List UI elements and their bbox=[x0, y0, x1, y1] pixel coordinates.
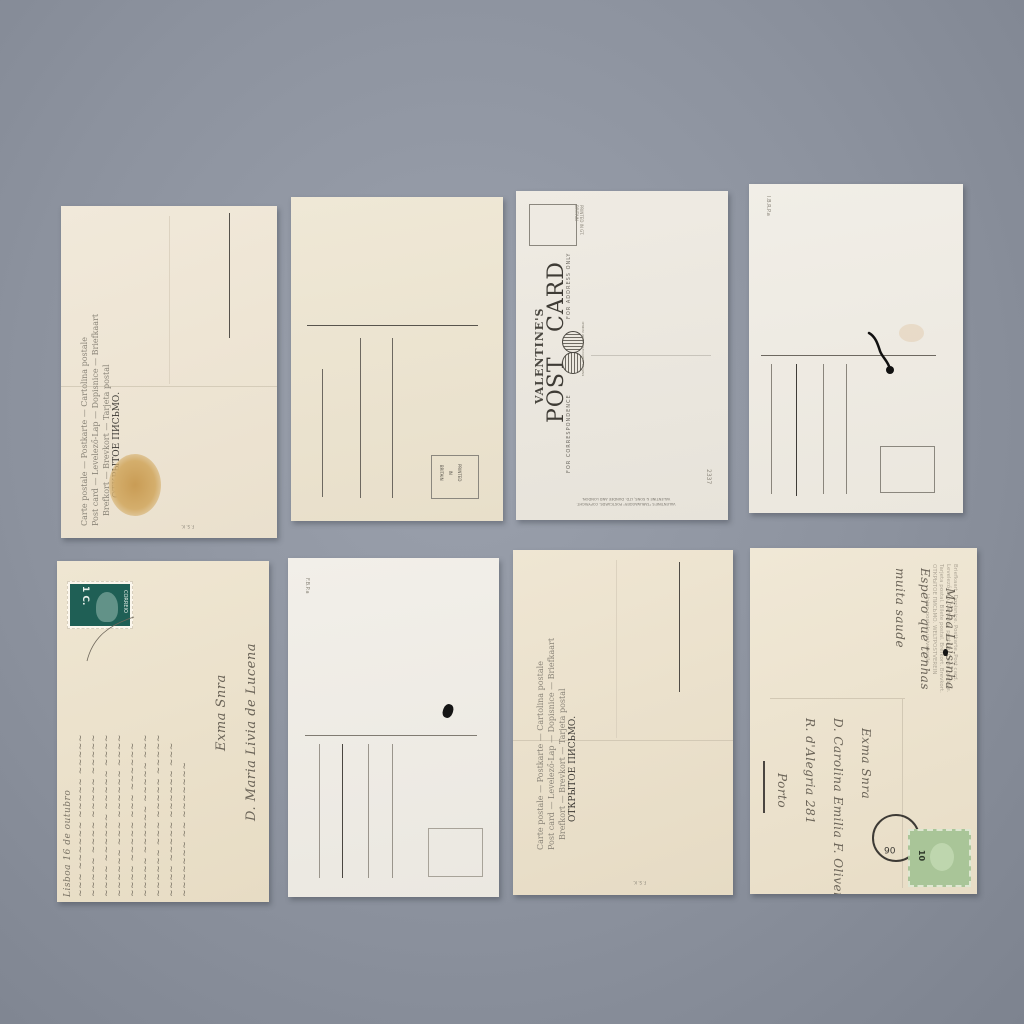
hw-message-scribble: ~~~~~~~ ~~ ~~~~~~~ bbox=[179, 734, 192, 897]
faint-vline bbox=[169, 216, 170, 384]
address-line-3 bbox=[392, 338, 393, 498]
hw-line-5: D. Carolina Emilia F. Oliveira bbox=[824, 568, 852, 894]
header-line-1: Carte postale — Postkarte — Cartolina po… bbox=[535, 638, 546, 850]
hw-line-1: Exma Snra bbox=[207, 634, 237, 881]
postmark-date: 06 bbox=[884, 844, 895, 854]
header-line-2: Post card — Levelező-Lap — Dopisnice — B… bbox=[90, 314, 101, 526]
address-line-2 bbox=[360, 338, 361, 498]
postage-stamp: 10 bbox=[908, 829, 971, 887]
card-number: 2337 bbox=[705, 469, 712, 484]
header-line-4: ОТКРЫТОЕ ПИСЬМО. bbox=[568, 638, 579, 850]
stamp-box bbox=[529, 204, 577, 246]
stamp-value: 1 C. bbox=[80, 586, 90, 605]
postcard-6: F.B.P.a bbox=[288, 558, 499, 897]
handwriting-address: Minha Luisinha Espero que tenhas muita s… bbox=[887, 568, 962, 690]
for-correspondence-label: FOR CORRESPONDENCE bbox=[566, 394, 572, 473]
corner-mark: I.B.R.P.a bbox=[765, 196, 771, 216]
hw-line-1: Minha Luisinha bbox=[937, 568, 962, 690]
hole-mark bbox=[943, 649, 948, 656]
address-line-2 bbox=[342, 744, 343, 878]
hw-message-line-1: Lisboa 16 de outubro bbox=[62, 734, 75, 897]
underline-stroke bbox=[763, 761, 765, 813]
stamp-area-line bbox=[679, 562, 680, 692]
stamp-area-line bbox=[229, 213, 230, 338]
postcard-3: PRINTED IN GT. BRITAIN VALENTINE'S POST … bbox=[516, 191, 728, 520]
wire-hanger-icon bbox=[864, 327, 904, 377]
hw-message-scribble: ~~~~ ~~~~~~ ~~~~~ ~~~~ bbox=[101, 734, 114, 897]
postcard-4: I.B.R.P.a bbox=[749, 184, 963, 513]
corner-mark: F.B.P.a bbox=[304, 578, 310, 594]
stamp-box-text: PRINTED IN BRITAIN bbox=[437, 464, 464, 481]
copyright-line-2: VALENTINE & SONS, LTD. DUNDEE AND LONDON… bbox=[536, 496, 716, 501]
postcard-5: 1 C. CORREIO Exma Snra D. Maria Livia de… bbox=[57, 561, 269, 902]
faint-stain bbox=[899, 324, 924, 342]
globe-caption: FAMOUS THROUGHOUT THE WORLD bbox=[581, 322, 585, 377]
address-line-3 bbox=[823, 364, 824, 494]
hw-message-scribble: ~~~~ ~~~~~ ~~~~~~ ~~~ bbox=[166, 734, 179, 897]
hw-message-scribble: ~~~~~~ ~~~ ~~~~~ ~~~~~ bbox=[153, 734, 166, 897]
hw-line-3: Praça Sertã Sinta bbox=[267, 634, 269, 881]
publisher-mark: F. S. K. bbox=[181, 524, 194, 529]
printed-label: PRINTED bbox=[455, 464, 464, 481]
hw-line-7: Porto bbox=[768, 568, 796, 894]
hw-message-scribble: ~~~~~ ~~~~ ~~~~~ ~~~~~ bbox=[88, 734, 101, 897]
hw-message-scribble: ~~~~~~ ~~~ ~~~~~~ ~~~~ bbox=[114, 734, 127, 897]
for-address-label: FOR ADDRESS ONLY bbox=[566, 253, 572, 319]
multilingual-header: Carte postale — Postkarte — Cartolina po… bbox=[535, 638, 579, 850]
hw-message-scribble: ~~~ ~~~~~~ ~~~~~ ~~~~~ bbox=[75, 734, 88, 897]
copyright-footer: VALENTINE'S "TARLWAGGER" POSTCARDS. COPY… bbox=[536, 496, 716, 506]
handwriting-recipient: Exma Snra D. Maria Livia de Lucena Praça… bbox=[207, 634, 269, 881]
address-line-4 bbox=[392, 744, 393, 878]
postcard-1: Carte postale — Postkarte — Cartolina po… bbox=[61, 206, 277, 538]
handwriting-message: Lisboa 16 de outubro ~~~ ~~~~~~ ~~~~~ ~~… bbox=[62, 734, 192, 897]
address-line-3 bbox=[368, 744, 369, 878]
address-line-1 bbox=[322, 369, 323, 497]
header-line-1: Carte postale — Postkarte — Cartolina po… bbox=[79, 314, 90, 526]
hw-line-3: muita saude bbox=[887, 568, 912, 690]
divider-line bbox=[307, 325, 478, 326]
postcard-2: PRINTED IN BRITAIN bbox=[291, 197, 503, 521]
stamp-box: PRINTED IN BRITAIN bbox=[431, 455, 479, 499]
publisher-mark: F. S. K. bbox=[633, 880, 646, 885]
stamp-value: 10 bbox=[917, 850, 926, 861]
hw-line-2: D. Maria Livia de Lucena bbox=[237, 634, 267, 881]
address-line-2 bbox=[796, 364, 797, 496]
water-stain bbox=[109, 454, 161, 516]
header-line-3: Brefkort — Brevkort — Tarjeta postal bbox=[557, 638, 568, 850]
printed-in-label: PRINTED IN GT. BRITAIN bbox=[574, 205, 584, 243]
hw-line-6: R. d'Alegria 281 bbox=[796, 568, 824, 894]
header-line-2: Post card — Levelező-Lap — Dopisnice — B… bbox=[546, 638, 557, 850]
in-label: IN bbox=[446, 464, 455, 481]
hw-message-scribble: ~~~~ ~~~~~ ~~~ ~~~~~~ bbox=[127, 734, 140, 897]
stamp-box bbox=[428, 828, 483, 877]
stamp-portrait bbox=[930, 843, 954, 871]
faint-vline bbox=[616, 560, 617, 738]
address-line-1 bbox=[771, 364, 772, 494]
address-line-1 bbox=[319, 744, 320, 878]
postcard-7: Carte postale — Postkarte — Cartolina po… bbox=[513, 550, 733, 895]
postcard-8: Briefkaart. Dopisnice. Postkarte. Post c… bbox=[750, 548, 977, 894]
hw-line-2: Espero que tenhas bbox=[912, 568, 937, 690]
divider-line bbox=[591, 355, 711, 356]
britain-label: BRITAIN bbox=[437, 464, 446, 481]
address-line-4 bbox=[846, 364, 847, 494]
handwriting-recipient: Exma Snra D. Carolina Emilia F. Oliveira… bbox=[768, 568, 880, 894]
hw-message-scribble: ~~~~~ ~~~~~~ ~~~~~ ~~~ bbox=[140, 734, 153, 897]
hole-mark bbox=[441, 703, 455, 720]
stamp-label: CORREIO bbox=[122, 590, 128, 613]
stamp-box bbox=[880, 446, 935, 493]
divider-line bbox=[305, 735, 477, 736]
postmark-arc bbox=[79, 611, 139, 671]
divider-line bbox=[761, 355, 936, 356]
copyright-line-1: VALENTINE'S "TARLWAGGER" POSTCARDS. COPY… bbox=[536, 501, 716, 506]
